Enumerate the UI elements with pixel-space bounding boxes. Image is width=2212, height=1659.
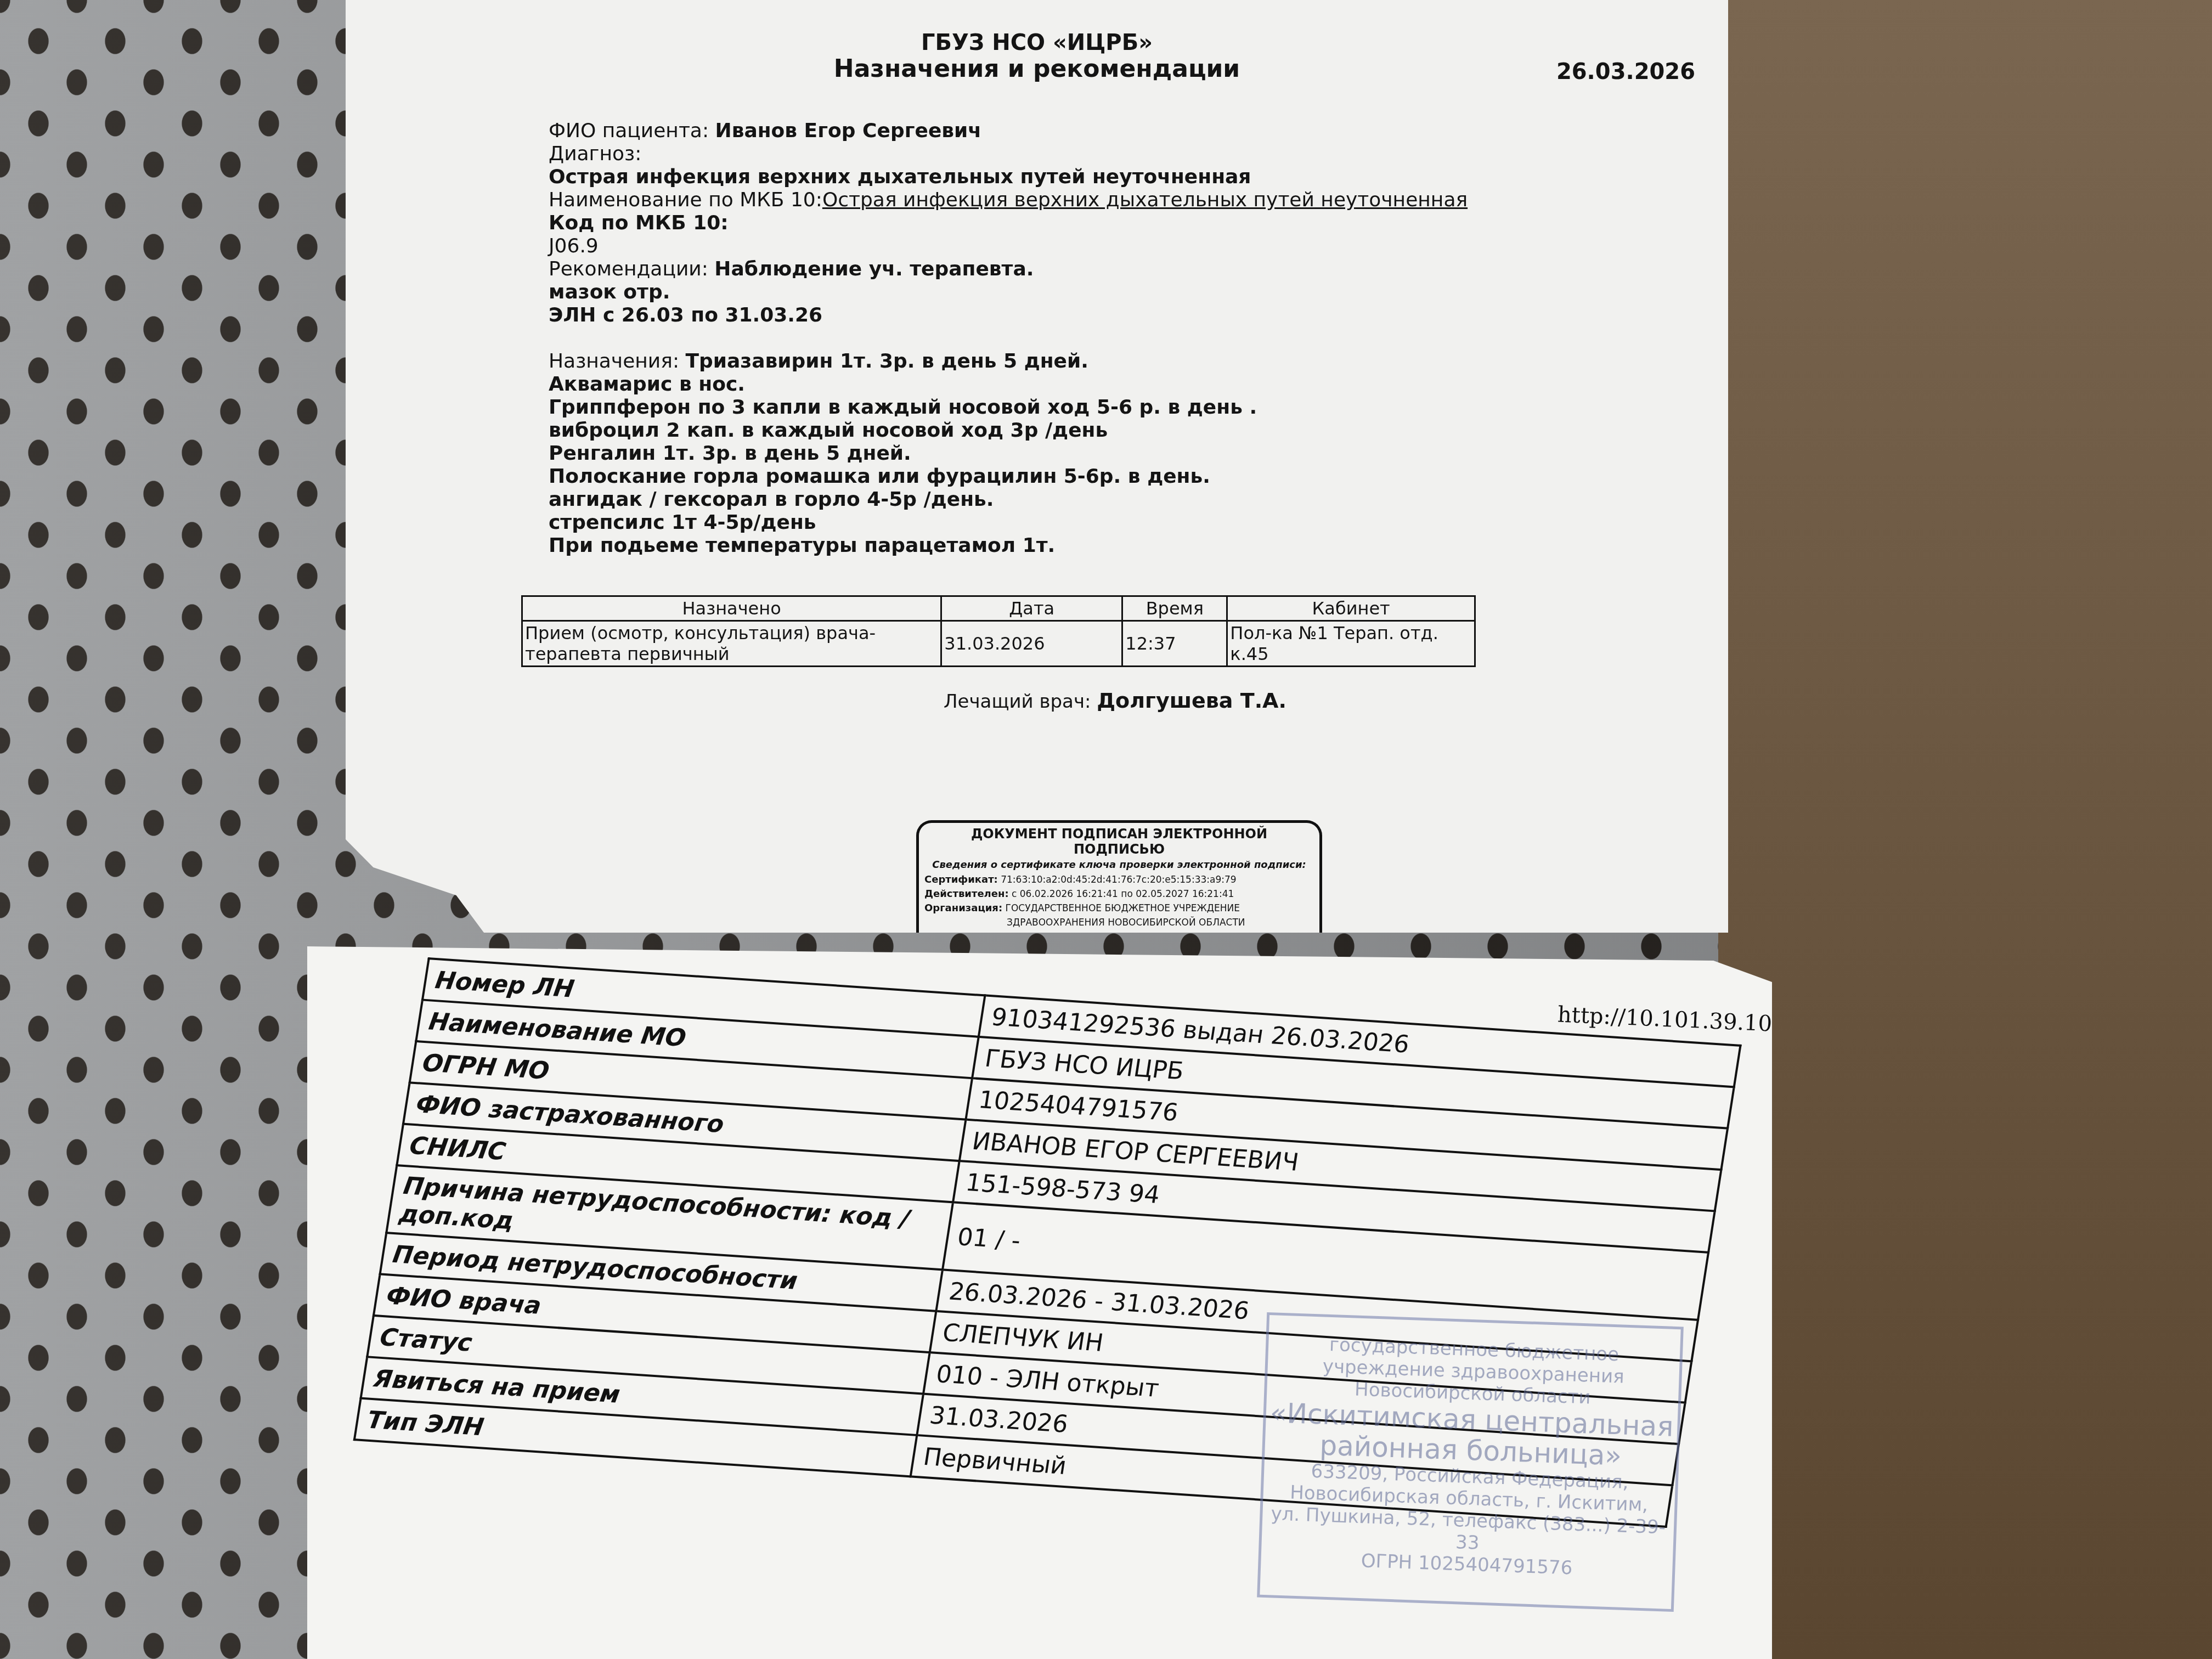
certificate-label: Сертификат: <box>924 874 998 885</box>
table-cell: 31.03.2026 <box>941 621 1122 667</box>
table-row: Прием (осмотр, консультация) врача-терап… <box>522 621 1475 667</box>
e-signature-heading: ДОКУМЕНТ ПОДПИСАН ЭЛЕКТРОННОЙ ПОДПИСЬЮ <box>924 826 1314 857</box>
prescription-item: Аквамарис в нос. <box>549 373 1701 396</box>
organization-line: Организация: ГОСУДАРСТВЕННОЕ БЮДЖЕТНОЕ У… <box>924 901 1314 916</box>
patient-label: ФИО пациента: <box>549 120 709 142</box>
column-header: Назначено <box>522 596 941 621</box>
column-header: Кабинет <box>1227 596 1475 621</box>
diagnosis-label: Диагноз: <box>549 143 1701 166</box>
organization-value-line2: ЗДРАВООХРАНЕНИЯ НОВОСИБИРСКОЙ ОБЛАСТИ <box>924 916 1314 930</box>
hospital-stamp: государственное бюджетное учреждение здр… <box>1257 1312 1684 1612</box>
patient-row: ФИО пациента: Иванов Егор Сергеевич <box>549 120 1701 143</box>
prescription-item: виброцил 2 кап. в каждый носовой ход 3р … <box>549 419 1701 442</box>
background-wall <box>1718 0 2212 1659</box>
organization-value: ГОСУДАРСТВЕННОЕ БЮДЖЕТНОЕ УЧРЕЖДЕНИЕ <box>1006 903 1240 914</box>
doctor-label: Лечащий врач: <box>944 691 1091 713</box>
recommendations-label: Рекомендации: <box>549 258 708 280</box>
attending-doctor: Лечащий врач: Долгушева Т.А. <box>944 689 1286 713</box>
diagnosis-text: Острая инфекция верхних дыхательных путе… <box>549 166 1701 189</box>
validity-label: Действителен: <box>924 888 1009 900</box>
prescription-item: стрепсилс 1т 4-5р/день <box>549 511 1701 534</box>
document-title: Назначения и рекомендации <box>346 55 1728 83</box>
validity-value: с 06.02.2026 16:21:41 по 02.05.2027 16:2… <box>1012 889 1234 900</box>
icd-name: Острая инфекция верхних дыхательных путе… <box>822 189 1468 211</box>
prescription-item: Ренгалин 1т. 3р. в день 5 дней. <box>549 442 1701 465</box>
recommendations-document: ГБУЗ НСО «ИЦРБ» Назначения и рекомендаци… <box>346 0 1728 933</box>
organization-name: ГБУЗ НСО «ИЦРБ» <box>346 30 1728 55</box>
certificate-value: 71:63:10:a2:0d:45:2d:41:76:7c:20:e5:15:3… <box>1001 874 1236 885</box>
table-cell: 12:37 <box>1122 621 1227 667</box>
organization-label: Организация: <box>924 902 1002 914</box>
prescriptions-label: Назначения: <box>549 350 679 373</box>
prescription-item: Полоскание горла ромашка или фурацилин 5… <box>549 465 1701 488</box>
table-header-row: Назначено Дата Время Кабинет <box>522 596 1475 621</box>
prescription-item: ангидак / гексорал в горло 4-5р /день. <box>549 488 1701 511</box>
icd-code: J06.9 <box>549 235 1701 258</box>
certificate-line: Сертификат: 71:63:10:a2:0d:45:2d:41:76:7… <box>924 873 1314 887</box>
document-body: ФИО пациента: Иванов Егор Сергеевич Диаг… <box>549 120 1701 557</box>
icd-name-label: Наименование по МКБ 10: <box>549 189 822 211</box>
validity-line: Действителен: с 06.02.2026 16:21:41 по 0… <box>924 887 1314 901</box>
e-signature-block: ДОКУМЕНТ ПОДПИСАН ЭЛЕКТРОННОЙ ПОДПИСЬЮ С… <box>916 820 1322 941</box>
prescriptions-row: Назначения: Триазавирин 1т. 3р. в день 5… <box>549 350 1701 373</box>
recommendations-row: Рекомендации: Наблюдение уч. терапевта. <box>549 258 1701 281</box>
document-date: 26.03.2026 <box>1556 59 1695 84</box>
prescription-item: Триазавирин 1т. 3р. в день 5 дней. <box>685 350 1088 373</box>
doctor-name: Долгушева Т.А. <box>1097 689 1286 713</box>
column-header: Время <box>1122 596 1227 621</box>
sick-leave-note: ЭЛН с 26.03 по 31.03.26 <box>549 304 1701 327</box>
prescription-item: При подьеме температуры парацетамол 1т. <box>549 534 1701 557</box>
appointments-table: Назначено Дата Время Кабинет Прием (осмо… <box>521 595 1476 667</box>
prescription-item: Гриппферон по 3 капли в каждый носовой х… <box>549 396 1701 419</box>
icd-code-label: Код по МКБ 10: <box>549 212 1701 235</box>
table-cell: Прием (осмотр, консультация) врача-терап… <box>522 621 941 667</box>
swab-note: мазок отр. <box>549 281 1701 304</box>
sick-leave-document: http://10.101.39.10 Номер ЛН910341292536… <box>307 946 1772 1659</box>
table-cell: Пол-ка №1 Терап. отд. к.45 <box>1227 621 1475 667</box>
e-signature-subheading: Сведения о сертификате ключа проверки эл… <box>924 859 1314 871</box>
icd-name-row: Наименование по МКБ 10:Острая инфекция в… <box>549 189 1701 212</box>
column-header: Дата <box>941 596 1122 621</box>
patient-name: Иванов Егор Сергеевич <box>715 120 982 142</box>
recommendations-text: Наблюдение уч. терапевта. <box>714 258 1034 280</box>
print-url: http://10.101.39.10 <box>1557 1002 1773 1036</box>
